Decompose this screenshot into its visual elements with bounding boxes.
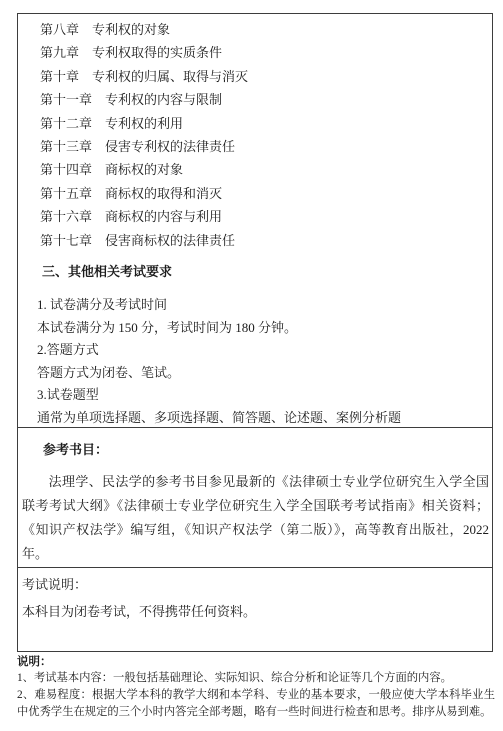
chapter-item: 第十一章 专利权的内容与限制	[40, 88, 492, 111]
requirement-body: 本试卷满分为 150 分，考试时间为 180 分钟。	[37, 317, 492, 340]
requirement-body: 通常为单项选择题、多项选择题、简答题、论述题、案例分析题	[37, 407, 492, 430]
exam-instructions-title: 考试说明：	[22, 576, 489, 594]
chapter-item: 第十五章 商标权的取得和消灭	[40, 182, 492, 205]
footnote-item: 2、难易程度：根据大学本科的教学大纲和本学科、专业的基本要求，一般应使大学本科毕…	[17, 687, 495, 721]
chapter-item: 第十三章 侵害专利权的法律责任	[40, 135, 492, 158]
chapter-item: 第十二章 专利权的利用	[40, 112, 492, 135]
chapter-list: 第八章 专利权的对象 第九章 专利权取得的实质条件 第十章 专利权的归属、取得与…	[18, 18, 492, 252]
exam-instructions-cell: 考试说明： 本科目为闭卷考试，不得携带任何资料。	[18, 568, 492, 651]
requirement-heading: 2.答题方式	[37, 339, 492, 362]
syllabus-main-cell: 第八章 专利权的对象 第九章 专利权取得的实质条件 第十章 专利权的归属、取得与…	[18, 14, 492, 428]
exam-instructions-body: 本科目为闭卷考试，不得携带任何资料。	[22, 603, 489, 621]
references-title: 参考书目：	[43, 441, 489, 459]
chapter-item: 第十四章 商标权的对象	[40, 158, 492, 181]
chapter-item: 第十七章 侵害商标权的法律责任	[40, 229, 492, 252]
requirement-body: 答题方式为闭卷、笔试。	[37, 362, 492, 385]
chapter-item: 第八章 专利权的对象	[40, 18, 492, 41]
other-requirements-title: 三、其他相关考试要求	[18, 261, 492, 283]
requirement-heading: 1. 试卷满分及考试时间	[37, 294, 492, 317]
chapter-item: 第十六章 商标权的内容与利用	[40, 205, 492, 228]
syllabus-table: 第八章 专利权的对象 第九章 专利权取得的实质条件 第十章 专利权的归属、取得与…	[17, 13, 493, 652]
footnotes-title: 说明：	[17, 654, 495, 670]
references-cell: 参考书目： 法理学、民法学的参考书目参见最新的《法律硕士专业学位研究生入学全国联…	[18, 428, 492, 568]
other-requirements-list: 1. 试卷满分及考试时间 本试卷满分为 150 分，考试时间为 180 分钟。 …	[18, 294, 492, 429]
footnote-item: 1、考试基本内容：一般包括基础理论、实际知识、综合分析和论证等几个方面的内容。	[17, 670, 495, 687]
footnotes: 说明： 1、考试基本内容：一般包括基础理论、实际知识、综合分析和论证等几个方面的…	[17, 654, 495, 721]
references-body: 法理学、民法学的参考书目参见最新的《法律硕士专业学位研究生入学全国联考考试大纲》…	[22, 470, 489, 566]
requirement-heading: 3.试卷题型	[37, 384, 492, 407]
chapter-item: 第九章 专利权取得的实质条件	[40, 41, 492, 64]
chapter-item: 第十章 专利权的归属、取得与消灭	[40, 65, 492, 88]
